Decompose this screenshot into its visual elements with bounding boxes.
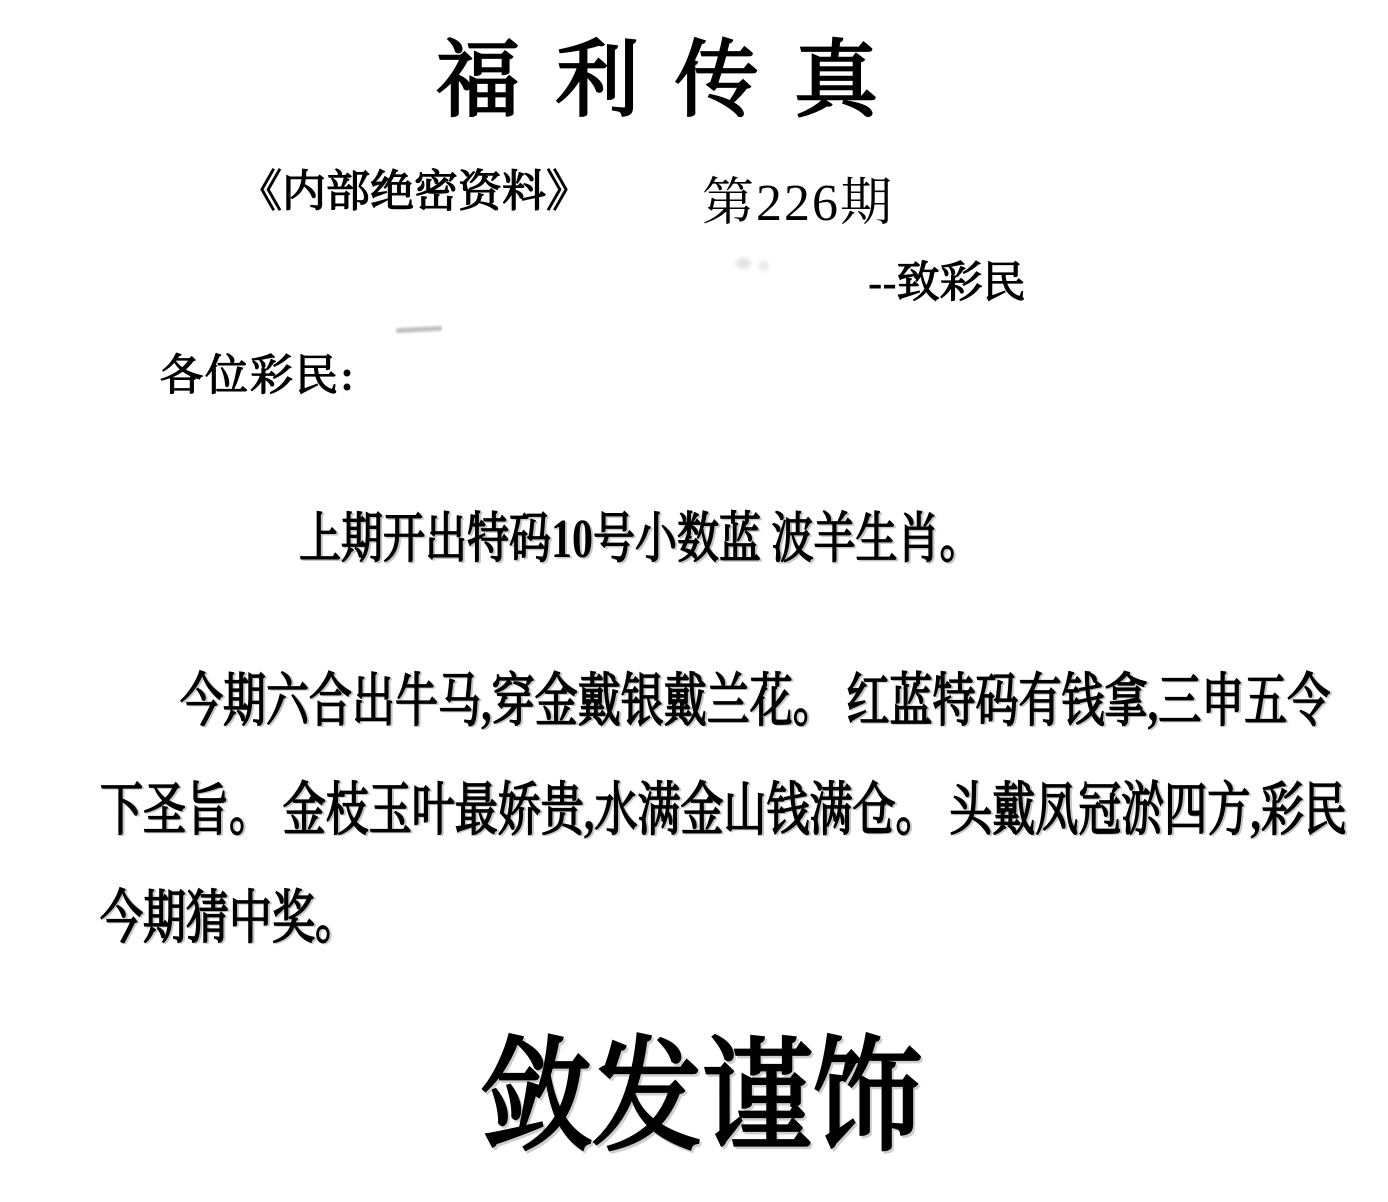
scan-smudge-dot xyxy=(758,261,769,271)
scan-smudge-dot xyxy=(736,258,751,269)
confidential-label: 《内部绝密资料》 xyxy=(238,170,590,214)
closing-phrase: 敛发谨饰 xyxy=(482,1036,922,1159)
scan-smudge-dash xyxy=(396,326,442,333)
issue-number: 第226期 xyxy=(702,178,894,230)
tip-paragraph-line-3: 今期猜中奖。 xyxy=(100,890,1388,948)
previous-draw-result-line: 上期开出特码10号小数蓝 波羊生肖。 xyxy=(299,513,982,568)
dedication-line: --致彩民 xyxy=(868,262,1026,305)
fax-title: 福 利 传 真 xyxy=(436,38,884,122)
fax-document-page: 福 利 传 真 《内部绝密资料》 第226期 --致彩民 各位彩民: 上期开出特… xyxy=(0,0,1388,1202)
salutation: 各位彩民: xyxy=(160,355,356,398)
tip-paragraph-line-2: 下圣旨。 金枝玉叶最娇贵,水满金山钱满仓。 头戴凤冠淤四方,彩民 xyxy=(100,782,1388,840)
tip-paragraph-line-1: 今期六合出牛马,穿金戴银戴兰花。 红蓝特码有钱拿,三申五令 xyxy=(100,673,1388,731)
